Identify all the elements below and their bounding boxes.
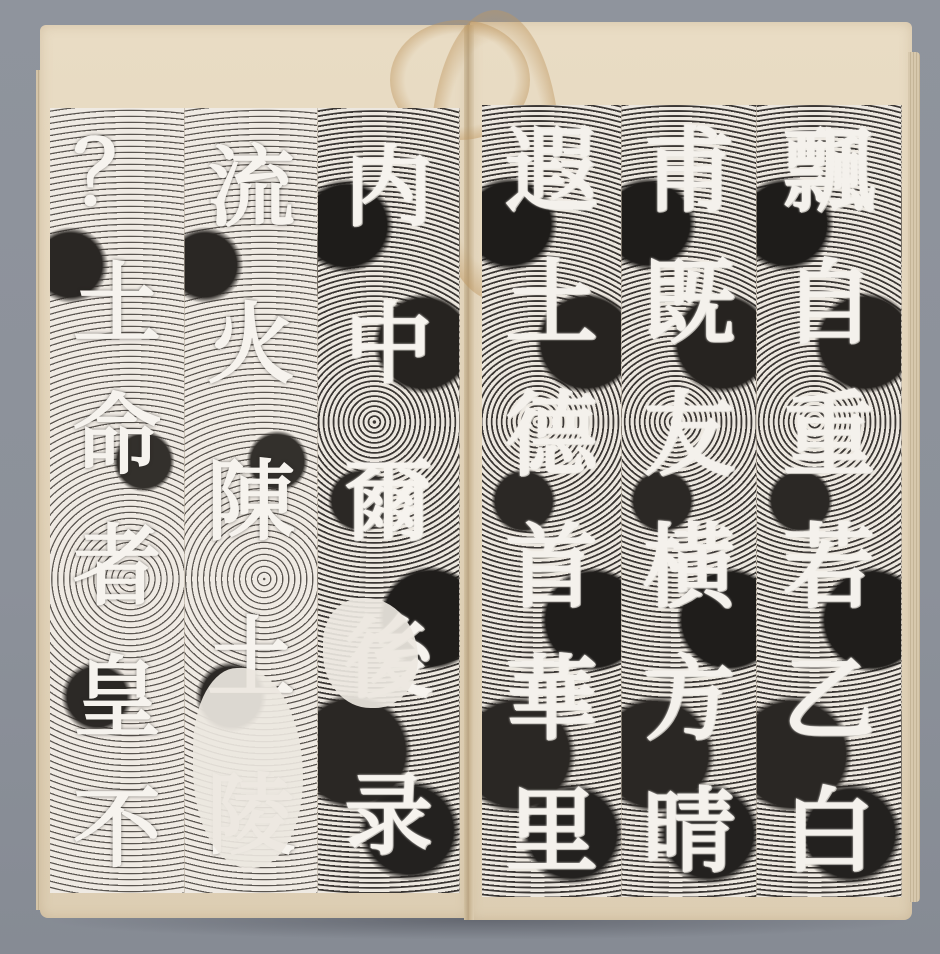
character: 華: [505, 653, 597, 745]
character: 甫: [643, 125, 735, 217]
character: 自: [783, 257, 875, 349]
character: 白: [783, 785, 875, 877]
left-column-2: 流 火 陳 土 陵: [185, 108, 318, 893]
character: 既: [643, 257, 735, 349]
character: 录: [345, 771, 433, 859]
character: 德: [505, 389, 597, 481]
character: ？: [73, 129, 161, 217]
character: 飄: [783, 125, 875, 217]
character: 火: [207, 300, 295, 388]
character: 首: [505, 521, 597, 613]
right-rubbing: 遐 土 德 首 華 里 甫 既 友 横 方 晴 飄 自 重 若 乙 白: [482, 105, 902, 897]
character: 方: [643, 653, 735, 745]
character: 陳: [207, 457, 295, 545]
character: 者: [73, 522, 161, 610]
character: 爾: [345, 457, 433, 545]
character: 乙: [783, 653, 875, 745]
right-page-edges: [908, 52, 920, 902]
character: 中: [345, 300, 433, 388]
character: 晴: [643, 785, 735, 877]
character: 皇: [73, 653, 161, 741]
character: 土: [505, 257, 597, 349]
right-column-2: 甫 既 友 横 方 晴: [622, 105, 757, 897]
character: 横: [643, 521, 735, 613]
character: 重: [783, 389, 875, 481]
left-column-3: 内 中 爾 後 录: [318, 108, 460, 893]
left-column-1: ？ 土 命 者 皇 不: [50, 108, 185, 893]
right-column-1: 遐 土 德 首 華 里: [482, 105, 622, 897]
character: 内: [345, 143, 433, 231]
character: 命: [73, 391, 161, 479]
character: 友: [643, 389, 735, 481]
right-column-3: 飄 自 重 若 乙 白: [757, 105, 902, 897]
character: 里: [505, 785, 597, 877]
character: 若: [783, 521, 875, 613]
character: 流: [207, 143, 295, 231]
character: 土: [73, 260, 161, 348]
left-rubbing: ？ 土 命 者 皇 不 流 火 陳 土 陵 内 中 爾 後 录: [50, 108, 460, 893]
character: 不: [73, 784, 161, 872]
character: 遐: [505, 125, 597, 217]
